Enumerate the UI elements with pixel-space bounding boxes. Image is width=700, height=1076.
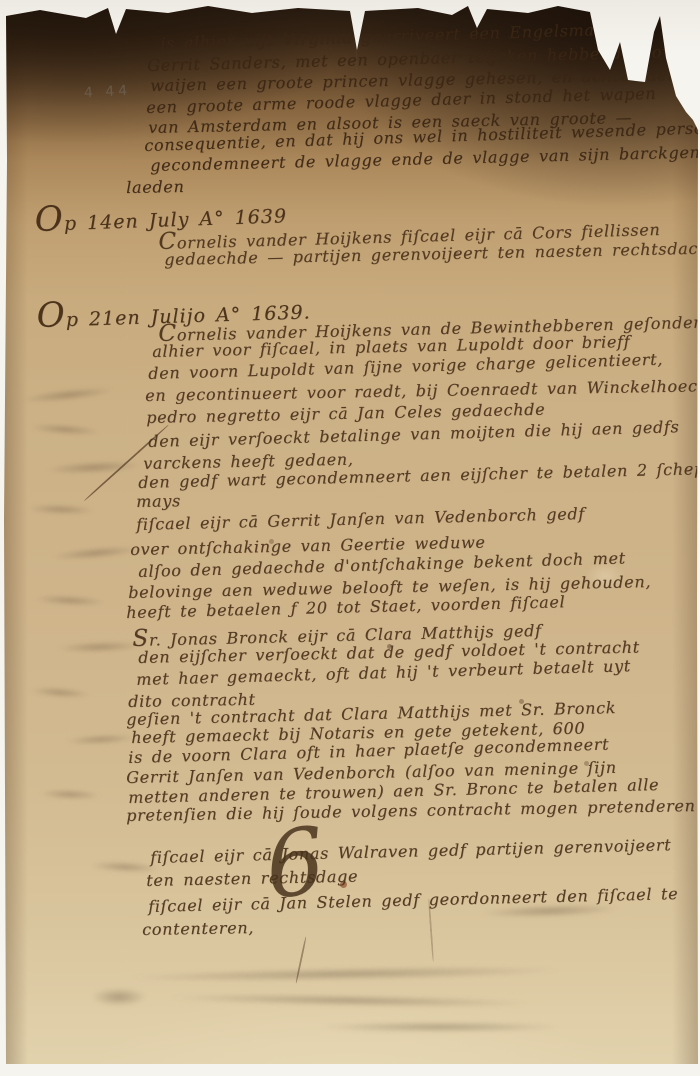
bleedthrough-ghost	[66, 733, 136, 746]
bleedthrough-ghost	[320, 1022, 560, 1032]
bleedthrough-ghost	[170, 992, 530, 1009]
bleedthrough-ghost	[58, 641, 142, 654]
manuscript-page: 4 44 6 is alhier uijt Virginia gearrivee…	[0, 0, 700, 1076]
manuscript-line: fiſcael eijr cā Jonas Walraven gedf part…	[150, 835, 672, 867]
folio-number-pencil: 4 44	[84, 83, 132, 101]
ink-specks	[0, 0, 3, 3]
bleedthrough-ghost	[28, 504, 94, 515]
bleedthrough-ghost	[22, 385, 115, 405]
bleedthrough-ghost	[52, 544, 141, 562]
manuscript-line: mays	[136, 491, 181, 511]
manuscript-line: laeden	[126, 177, 185, 197]
manuscript-line: contenteren,	[142, 918, 254, 939]
bleedthrough-ghost	[130, 964, 560, 984]
scanned-manuscript: 4 44 6 is alhier uijt Virginia gearrivee…	[0, 0, 700, 1076]
bleedthrough-ghost	[34, 594, 106, 607]
bleedthrough-ghost	[40, 789, 100, 800]
manuscript-line: fiſcael eijr cā Gerrit Janſen van Vedenb…	[136, 504, 585, 534]
bleedthrough-ghost	[92, 988, 146, 1006]
bleedthrough-ghost	[30, 423, 100, 437]
bleedthrough-ghost	[30, 686, 90, 699]
